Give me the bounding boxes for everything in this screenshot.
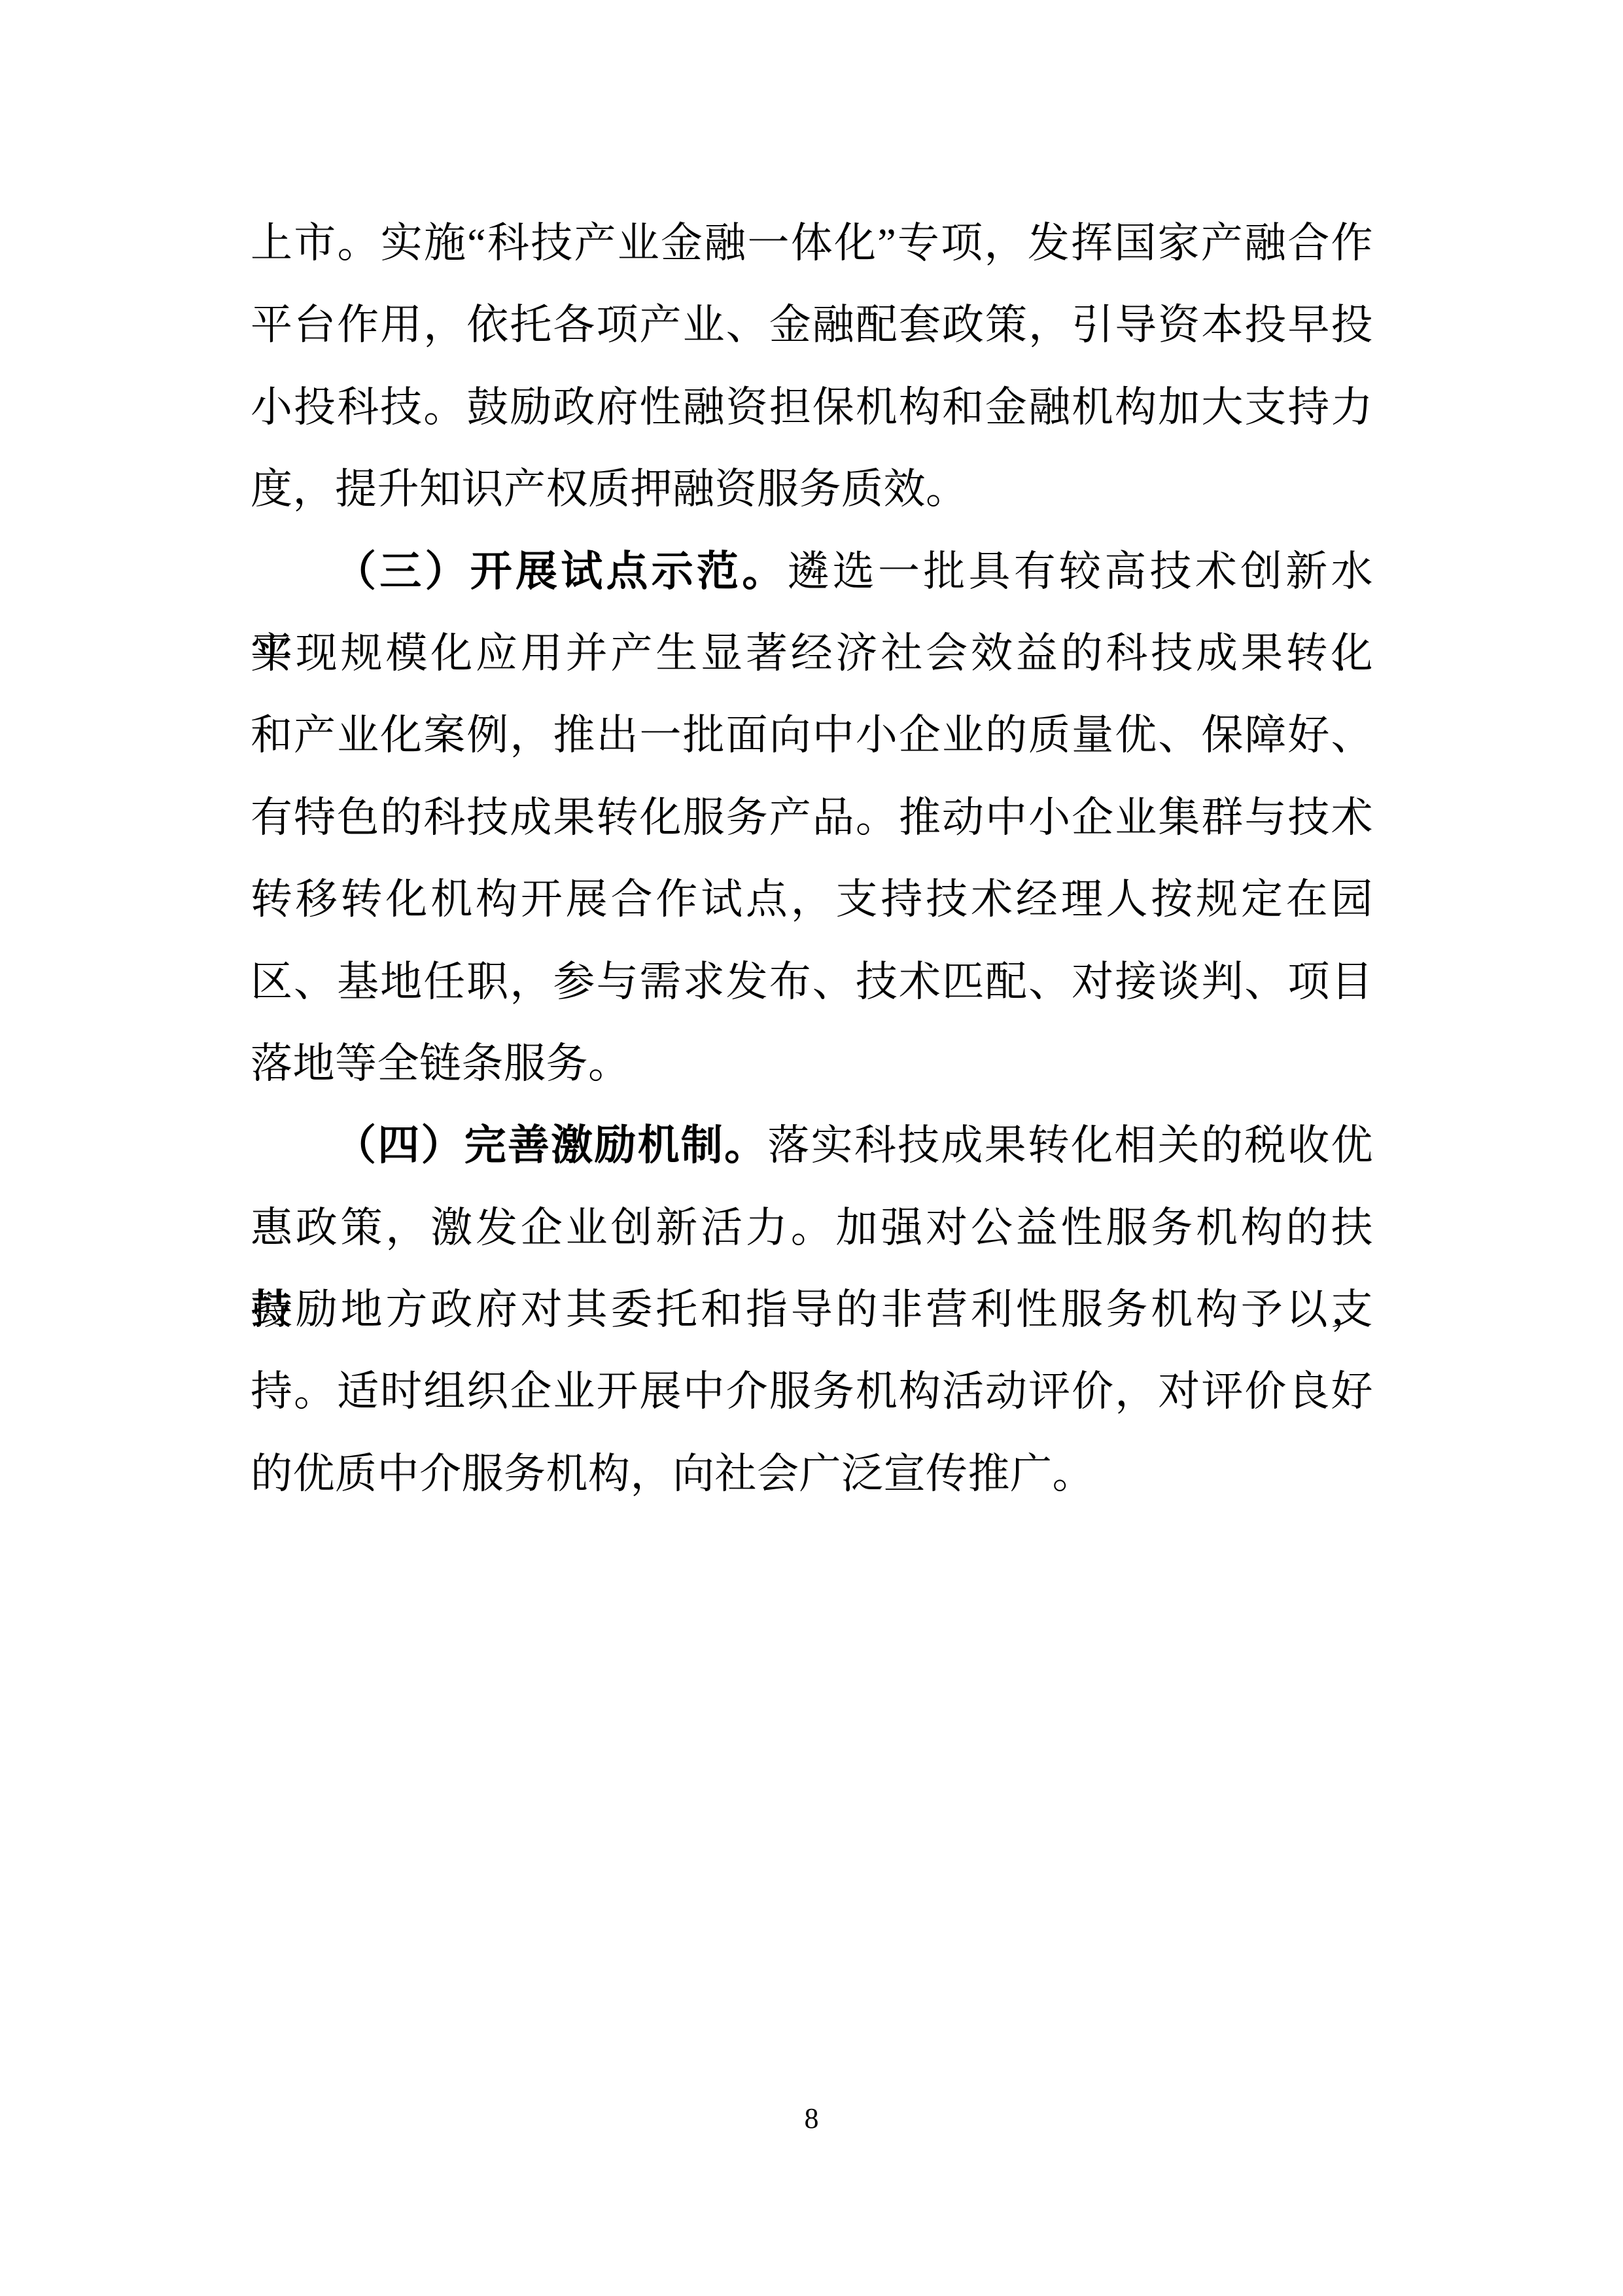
body-run: 的优质中介服务机构，向社会广泛宣传推广。: [251, 1451, 1094, 1497]
body-run: 持。适时组织企业开展中介服务机构活动评价，对评价良好: [251, 1368, 1373, 1415]
text-line: 小投科技。鼓励政府性融资担保机构和金融机构加大支持力: [251, 366, 1373, 448]
body-run: 鼓励地方政府对其委托和指导的非营利性服务机构予以支: [251, 1286, 1373, 1333]
text-line: 惠政策，激发企业创新活力。加强对公益性服务机构的扶持，: [251, 1187, 1373, 1269]
body-run: 落实科技成果转化相关的税收优: [767, 1122, 1373, 1169]
body-run: 上市。实施“科技产业金融一体化”专项，发挥国家产融合作: [251, 220, 1373, 266]
text-line-section-heading-4: （四）完善激励机制。落实科技成果转化相关的税收优: [251, 1104, 1373, 1186]
text-line: 有特色的科技成果转化服务产品。推动中小企业集群与技术: [251, 777, 1373, 858]
text-line-section-heading-3: （三）开展试点示范。遴选一批具有较高技术创新水平、: [251, 531, 1373, 612]
text-line: 转移转化机构开展合作试点，支持技术经理人按规定在园: [251, 858, 1373, 940]
document-body: 上市。实施“科技产业金融一体化”专项，发挥国家产融合作 平台作用，依托各项产业、…: [251, 202, 1373, 1515]
text-line: 落地等全链条服务。: [251, 1023, 1373, 1104]
body-run: 平台作用，依托各项产业、金融配套政策，引导资本投早投: [251, 302, 1373, 348]
text-line: 和产业化案例，推出一批面向中小企业的质量优、保障好、: [251, 694, 1373, 776]
heading-run: （三）开展试点示范。: [334, 548, 788, 595]
text-line: 平台作用，依托各项产业、金融配套政策，引导资本投早投: [251, 284, 1373, 366]
text-line: 的优质中介服务机构，向社会广泛宣传推广。: [251, 1433, 1373, 1515]
text-line: 持。适时组织企业开展中介服务机构活动评价，对评价良好: [251, 1351, 1373, 1432]
heading-run: （四）完善激励机制。: [334, 1122, 767, 1169]
text-line: 度，提升知识产权质押融资服务质效。: [251, 448, 1373, 530]
text-line: 鼓励地方政府对其委托和指导的非营利性服务机构予以支: [251, 1269, 1373, 1351]
body-run: 实现规模化应用并产生显著经济社会效益的科技成果转化: [251, 630, 1373, 677]
body-run: 转移转化机构开展合作试点，支持技术经理人按规定在园: [251, 876, 1373, 923]
body-run: 小投科技。鼓励政府性融资担保机构和金融机构加大支持力: [251, 384, 1373, 431]
body-run: 度，提升知识产权质押融资服务质效。: [251, 466, 968, 512]
document-page: 上市。实施“科技产业金融一体化”专项，发挥国家产融合作 平台作用，依托各项产业、…: [0, 0, 1623, 2296]
body-run: 落地等全链条服务。: [251, 1040, 631, 1087]
text-line: 区、基地任职，参与需求发布、技术匹配、对接谈判、项目: [251, 941, 1373, 1023]
page-number: 8: [805, 2102, 819, 2134]
text-line: 实现规模化应用并产生显著经济社会效益的科技成果转化: [251, 612, 1373, 694]
page-footer: 8: [0, 2102, 1623, 2135]
body-run: 区、基地任职，参与需求发布、技术匹配、对接谈判、项目: [251, 959, 1373, 1005]
body-run: 有特色的科技成果转化服务产品。推动中小企业集群与技术: [251, 794, 1373, 841]
body-run: 和产业化案例，推出一批面向中小企业的质量优、保障好、: [251, 712, 1373, 758]
text-line: 上市。实施“科技产业金融一体化”专项，发挥国家产融合作: [251, 202, 1373, 284]
